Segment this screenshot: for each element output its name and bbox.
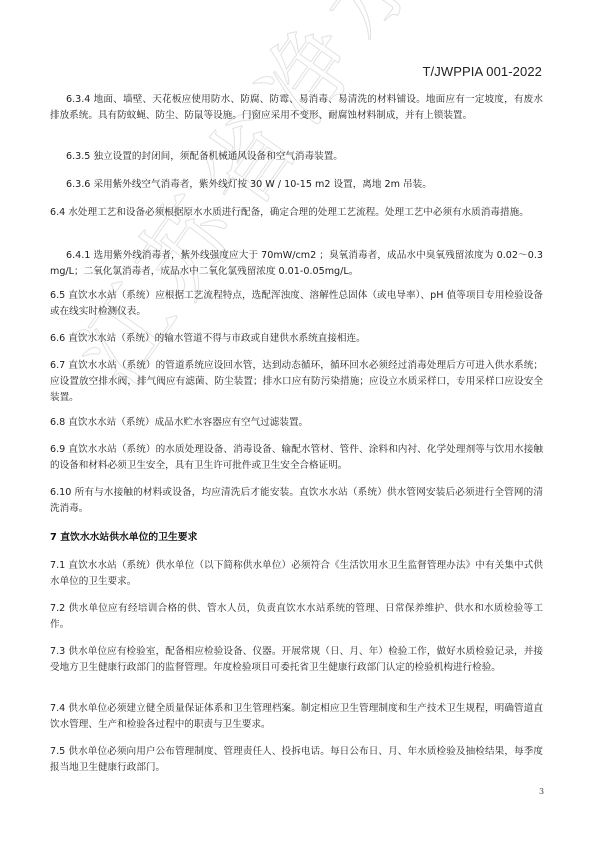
clause-7-1: 7.1 直饮水水站（系统）供水单位（以下简称供水单位）必须符合《生活饮用水卫生监… [50, 558, 543, 590]
clause-6-3-5: 6.3.5 独立设置的封闭间，须配备机械通风设备和空气消毒装置。 [50, 149, 543, 165]
clause-7-4: 7.4 供水单位必须建立健全质量保证体系和卫生管理档案。制定相应卫生管理制度和生… [50, 701, 543, 733]
clause-7-3: 7.3 供水单位应有检验室，配备相应检验设备、仪器。开展常规（日、月、年）检验工… [50, 644, 543, 676]
document-page: 江苏省净水行业协会 T/JWPPIA 001-2022 6.3.4 地面、墙壁、… [0, 0, 597, 848]
clause-6-4-1: 6.4.1 选用紫外线消毒者，紫外线强度应大于 70mW/cm2 ；臭氧消毒者，… [50, 248, 543, 280]
document-code: T/JWPPIA 001-2022 [423, 64, 542, 79]
clause-7-2: 7.2 供水单位应有经培训合格的供、管水人员，负责直饮水水站系统的管理、日常保养… [50, 601, 543, 633]
clause-6-3-6: 6.3.6 采用紫外线空气消毒者，紫外线灯按 30 W / 10-15 m2 设… [50, 177, 543, 193]
clause-6-9: 6.9 直饮水水站（系统）的水质处理设备、消毒设备、输配水管材、管件、涂料和内衬… [50, 442, 543, 474]
page-number: 3 [539, 787, 544, 796]
clause-6-3-4: 6.3.4 地面、墙壁、天花板应使用防水、防腐、防霉、易消毒、易清洗的材料铺设。… [50, 92, 543, 124]
clause-6-7: 6.7 直饮水水站（系统）的管道系统应设回水管，达到动态循环，循环回水必须经过消… [50, 358, 543, 406]
section-heading-7: 7 直饮水水站供水单位的卫生要求 [50, 530, 197, 546]
clause-6-10: 6.10 所有与水接触的材料或设备，均应清洗后才能安装。直饮水水站（系统）供水管… [50, 485, 543, 517]
clause-6-5: 6.5 直饮水水站（系统）应根据工艺流程特点，选配浑浊度、溶解性总固体（或电导率… [50, 288, 543, 320]
clause-6-8: 6.8 直饮水水站（系统）成品水贮水容器应有空气过滤装置。 [50, 415, 543, 431]
clause-7-5: 7.5 供水单位必须向用户公布管理制度、管理责任人、投拆电话。每日公布日、月、年… [50, 744, 543, 776]
clause-6-4: 6.4 水处理工艺和设备必须根据原水水质进行配备，确定合理的处理工艺流程。处理工… [50, 205, 543, 221]
clause-6-6: 6.6 直饮水水站（系统）的输水管道不得与市政或自建供水系统直接相连。 [50, 331, 543, 347]
